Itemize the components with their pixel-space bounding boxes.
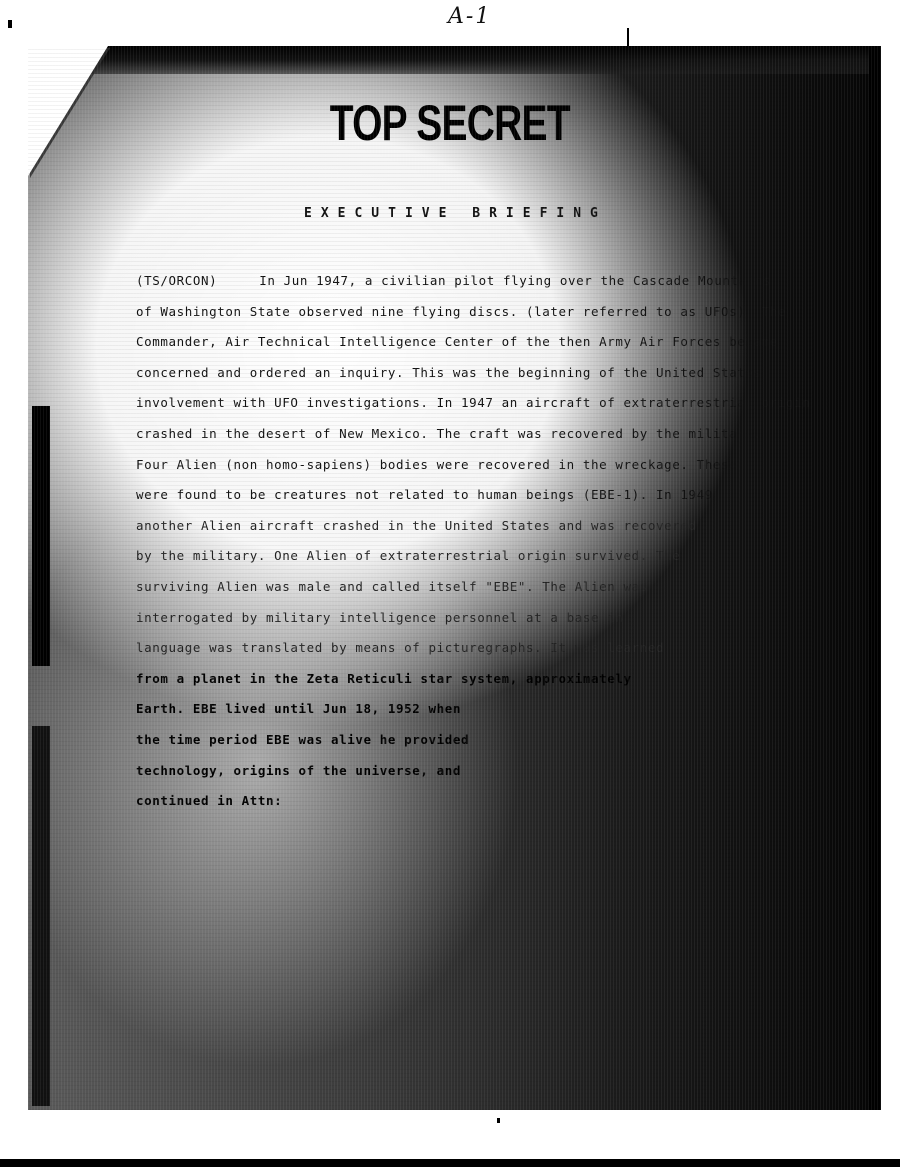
body-line-text: Earth. EBE lived until Jun 18, 1952 when bbox=[136, 701, 461, 716]
classification-marking: (TS/ORCON) bbox=[136, 273, 217, 288]
body-line-text: continued in Attn: bbox=[136, 793, 282, 808]
binding-shadow-upper bbox=[32, 406, 50, 666]
body-line-text: the time period EBE was alive he provide… bbox=[136, 732, 469, 747]
document-subtitle: EXECUTIVE BRIEFING bbox=[304, 206, 607, 221]
body-line: continued in Attn: bbox=[136, 786, 836, 817]
scanned-page: TOP SECRET EXECUTIVE BRIEFING (TS/ORCON)… bbox=[28, 46, 881, 1110]
document-title: TOP SECRET bbox=[117, 94, 782, 152]
body-line: the time period EBE was alive he provide… bbox=[136, 725, 836, 756]
body-line-text: by the military. One Alien of extraterre… bbox=[136, 548, 680, 563]
body-line: crashed in the desert of New Mexico. The… bbox=[136, 419, 836, 450]
body-line: language was translated by means of pict… bbox=[136, 633, 836, 664]
body-line: Four Alien (non homo-sapiens) bodies wer… bbox=[136, 450, 836, 481]
right-edge-shadow bbox=[869, 46, 881, 1110]
body-line: of Washington State observed nine flying… bbox=[136, 297, 836, 328]
body-line-text: concerned and ordered an inquiry. This w… bbox=[136, 365, 762, 380]
page-top-shadow bbox=[28, 46, 881, 74]
body-line-text: Commander, Air Technical Intelligence Ce… bbox=[136, 334, 778, 349]
binding-shadow-lower bbox=[32, 726, 50, 1106]
body-line: by the military. One Alien of extraterre… bbox=[136, 541, 836, 572]
body-line: from a planet in the Zeta Reticuli star … bbox=[136, 664, 836, 695]
body-line: another Alien aircraft crashed in the Un… bbox=[136, 511, 836, 542]
body-line-text: surviving Alien was male and called itse… bbox=[136, 579, 648, 594]
corner-mark bbox=[8, 20, 12, 28]
body-line-text: of Washington State observed nine flying… bbox=[136, 304, 786, 319]
body-line: Earth. EBE lived until Jun 18, 1952 when bbox=[136, 694, 836, 725]
body-line: were found to be creatures not related t… bbox=[136, 480, 836, 511]
body-line-text: crashed in the desert of New Mexico. The… bbox=[136, 426, 762, 441]
body-line: (TS/ORCON)In Jun 1947, a civilian pilot … bbox=[136, 266, 836, 297]
tick-mark bbox=[627, 28, 629, 46]
body-line-text: Four Alien (non homo-sapiens) bodies wer… bbox=[136, 457, 737, 472]
body-line: technology, origins of the universe, and bbox=[136, 756, 836, 787]
body-line-text: interrogated by military intelligence pe… bbox=[136, 610, 624, 625]
body-line-text: language was translated by means of pict… bbox=[136, 640, 664, 655]
handwritten-page-label: A-1 bbox=[448, 4, 491, 29]
body-line: surviving Alien was male and called itse… bbox=[136, 572, 836, 603]
body-line-text: In Jun 1947, a civilian pilot flying ove… bbox=[259, 273, 771, 288]
scan-bottom-edge bbox=[0, 1159, 900, 1167]
body-line: Commander, Air Technical Intelligence Ce… bbox=[136, 327, 836, 358]
stray-mark bbox=[497, 1118, 500, 1123]
body-line: interrogated by military intelligence pe… bbox=[136, 603, 836, 634]
body-text: (TS/ORCON)In Jun 1947, a civilian pilot … bbox=[136, 266, 836, 817]
body-line-text: were found to be creatures not related t… bbox=[136, 487, 713, 502]
body-line: concerned and ordered an inquiry. This w… bbox=[136, 358, 836, 389]
body-line-text: technology, origins of the universe, and bbox=[136, 763, 461, 778]
body-line: involvement with UFO investigations. In … bbox=[136, 388, 836, 419]
body-line-text: another Alien aircraft crashed in the Un… bbox=[136, 518, 697, 533]
body-line-text: from a planet in the Zeta Reticuli star … bbox=[136, 671, 632, 686]
body-line-text: involvement with UFO investigations. In … bbox=[136, 395, 810, 410]
page-fold bbox=[28, 46, 108, 176]
